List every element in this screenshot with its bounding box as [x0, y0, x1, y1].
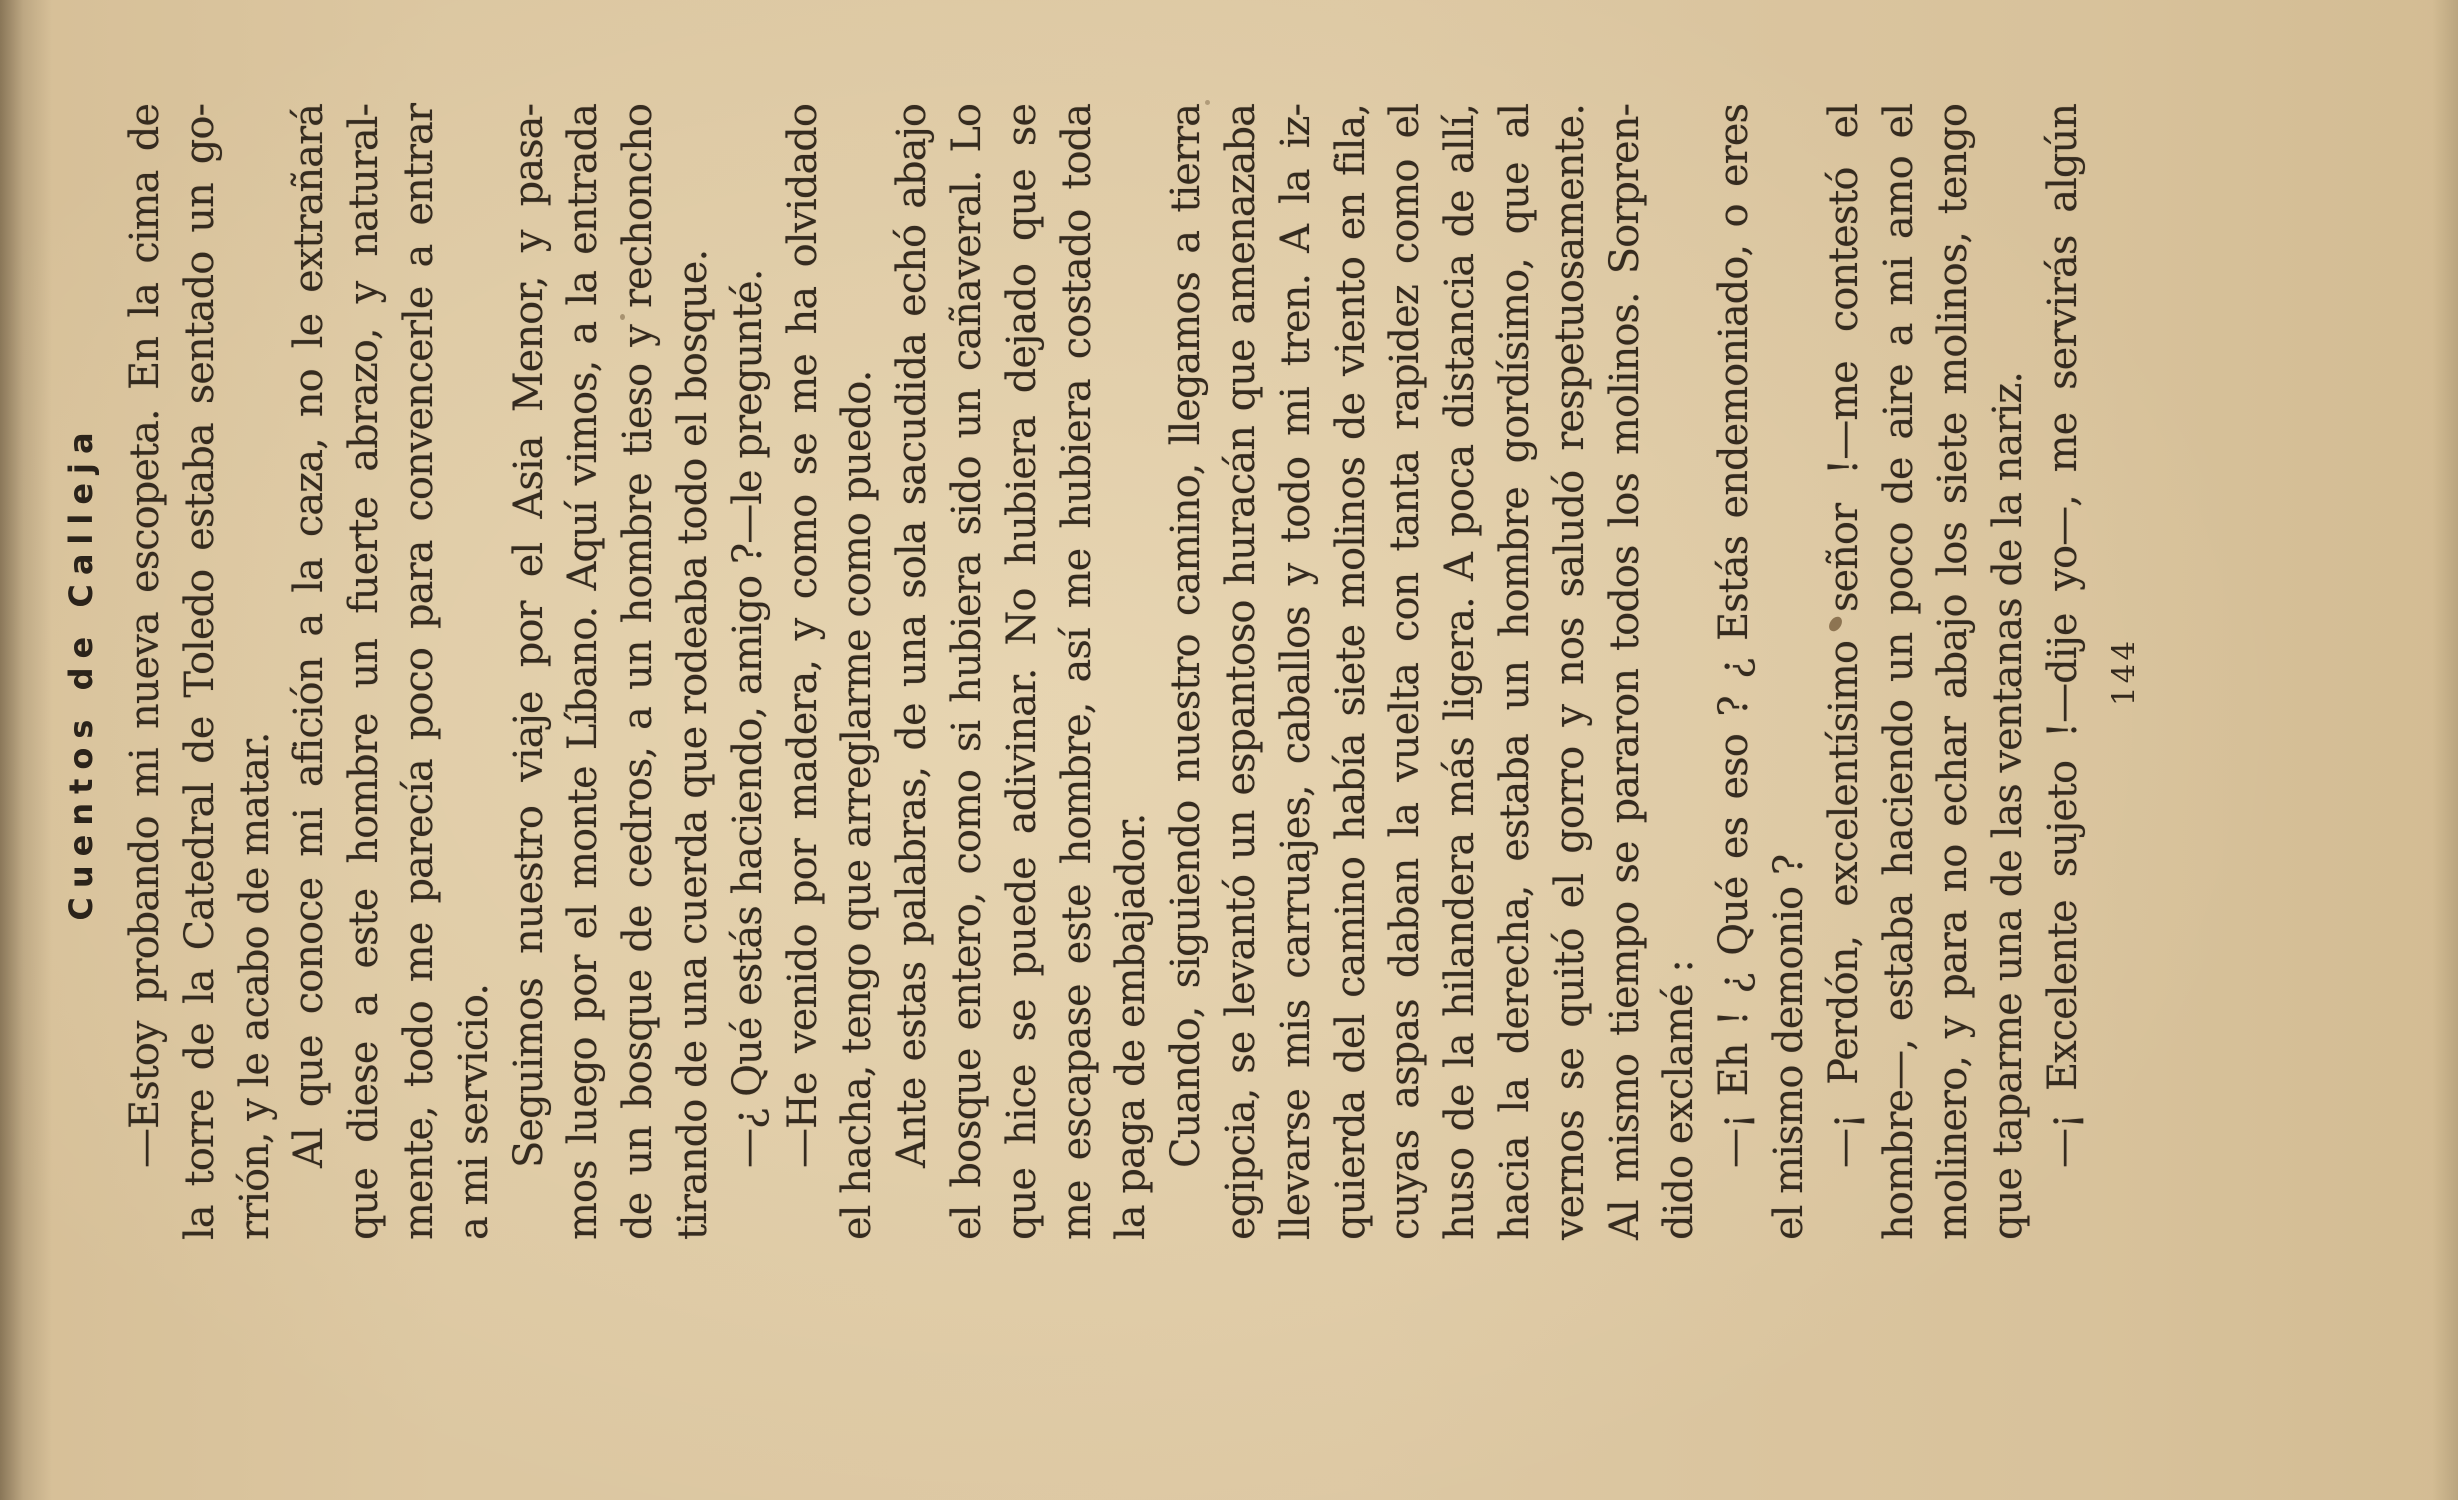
book-page-sheet: Cuentos de Calleja —Estoy probando mi nu…	[0, 0, 2458, 1500]
scanned-book-page: Cuentos de Calleja —Estoy probando mi nu…	[0, 0, 2458, 1500]
text-line: el mismo demonio ?	[1762, 104, 1817, 1240]
text-line: Seguimos nuestro viaje por el Asia Menor…	[502, 104, 557, 1240]
text-line: molinero, y para no echar abajo los siet…	[1926, 104, 1981, 1240]
text-line: quierda del camino había siete molinos d…	[1324, 104, 1379, 1240]
text-line: huso de la hilandera más ligera. A poca …	[1433, 104, 1488, 1240]
text-line: Cuando, siguiendo nuestro camino, llegam…	[1159, 104, 1214, 1240]
text-line: Al mismo tiempo se pararon todos los mol…	[1598, 104, 1653, 1240]
page-edge-shadow	[0, 0, 52, 1500]
text-line: —¡ Excelente sujeto !—dije yo—, me servi…	[2036, 104, 2091, 1240]
text-line: que taparme una de las ventanas de la na…	[1981, 104, 2036, 1240]
text-line: —He venido por madera, y como se me ha o…	[776, 104, 831, 1240]
text-line: que hice se puede adivinar. No hubiera d…	[995, 104, 1050, 1240]
page-number: 144	[2106, 104, 2142, 1240]
text-line: —¿ Qué estás haciendo, amigo ?—le pregun…	[721, 104, 776, 1240]
text-line: hombre—, estaba haciendo un poco de aire…	[1872, 104, 1927, 1240]
text-line: el bosque entero, como si hubiera sido u…	[940, 104, 995, 1240]
paper-speck	[1205, 100, 1210, 105]
paper-speck	[620, 314, 625, 320]
text-line: vernos se quitó el gorro y nos saludó re…	[1543, 104, 1598, 1240]
text-line: la torre de la Catedral de Toledo estaba…	[173, 104, 228, 1240]
text-line: de un bosque de cedros, a un hombre ties…	[611, 104, 666, 1240]
text-line: cuyas aspas daban la vuelta con tanta ra…	[1378, 104, 1433, 1240]
text-line: mos luego por el monte Líbano. Aquí vimo…	[556, 104, 611, 1240]
text-line: llevarse mis carruajes, caballos y todo …	[1269, 104, 1324, 1240]
text-line: tirando de una cuerda que rodeaba todo e…	[666, 104, 721, 1240]
text-line: el hacha, tengo que arreglarme como pued…	[830, 104, 885, 1240]
text-line: la paga de embajador.	[1104, 104, 1159, 1240]
text-line: egipcia, se levantó un espantoso huracán…	[1214, 104, 1269, 1240]
page-edge-shadow-bottom	[2432, 0, 2458, 1500]
text-line: me escapase este hombre, así me hubiera …	[1050, 104, 1105, 1240]
running-header: Cuentos de Calleja	[62, 104, 100, 1240]
text-line: rrión, y le acabo de matar.	[228, 104, 283, 1240]
text-line: —¡ Perdón, excelentísimo señor !—me cont…	[1817, 104, 1872, 1240]
text-line: —Estoy probando mi nueva escopeta. En la…	[118, 104, 173, 1240]
body-text: —Estoy probando mi nueva escopeta. En la…	[118, 104, 2091, 1240]
text-line: que diese a este hombre un fuerte abrazo…	[337, 104, 392, 1240]
text-line: a mi servicio.	[447, 104, 502, 1240]
text-line: —¡ Eh ! ¿ Qué es eso ? ¿ Estás endemonia…	[1707, 104, 1762, 1240]
text-line: Ante estas palabras, de una sola sacudid…	[885, 104, 940, 1240]
text-line: Al que conoce mi afición a la caza, no l…	[282, 104, 337, 1240]
text-line: mente, todo me parecía poco para convenc…	[392, 104, 447, 1240]
text-line: hacia la derecha, estaba un hombre gordí…	[1488, 104, 1543, 1240]
paper-speck	[1452, 1193, 1458, 1200]
text-line: dido exclamé :	[1652, 104, 1707, 1240]
